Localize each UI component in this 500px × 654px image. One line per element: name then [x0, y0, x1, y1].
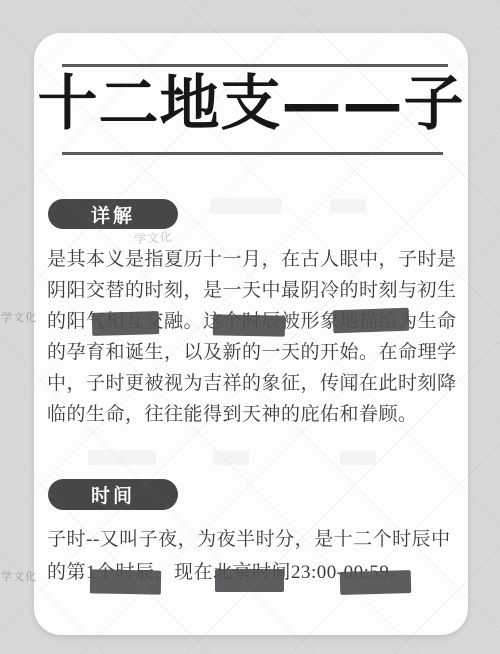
content-card: 十二地支——子 详解 是其本义是指夏历十一月，在古人眼中，子时是 阴阳交替的时刻… [34, 33, 468, 635]
section-badge-time: 时间 [48, 479, 178, 510]
redaction-bar [215, 569, 284, 592]
page-title: 十二地支——子 [34, 71, 468, 137]
section-badge-detail-label: 详解 [91, 201, 135, 228]
title-divider-top [62, 64, 448, 67]
infographic-page: 学文化 学文化 十二地支——子 详解 是其本义是指夏历十一月，在古人眼中，子时是… [0, 0, 500, 654]
faded-watermark-box [213, 451, 249, 465]
redaction-bar [333, 308, 410, 334]
faded-watermark-box [210, 198, 282, 214]
watermark-text-left-top: 学文化 [1, 309, 37, 325]
watermark-text-left-bottom: 学文化 [1, 568, 37, 584]
section-badge-time-label: 时间 [91, 481, 135, 508]
redaction-bar [340, 570, 412, 595]
redaction-bar [92, 311, 160, 336]
faded-watermark-box [88, 450, 156, 465]
detail-paragraph: 是其本义是指夏历十一月，在古人眼中，子时是 阴阳交替的时刻，是一天中最阴冷的时刻… [47, 244, 461, 430]
redaction-bar [213, 314, 285, 336]
redaction-bar [90, 569, 161, 594]
faded-watermark-box [340, 451, 376, 465]
title-divider-bottom [62, 152, 443, 155]
section-badge-detail: 详解 [48, 199, 178, 229]
watermark-text-over-badge: 学文化 [133, 228, 173, 248]
faded-watermark-box [330, 199, 366, 213]
